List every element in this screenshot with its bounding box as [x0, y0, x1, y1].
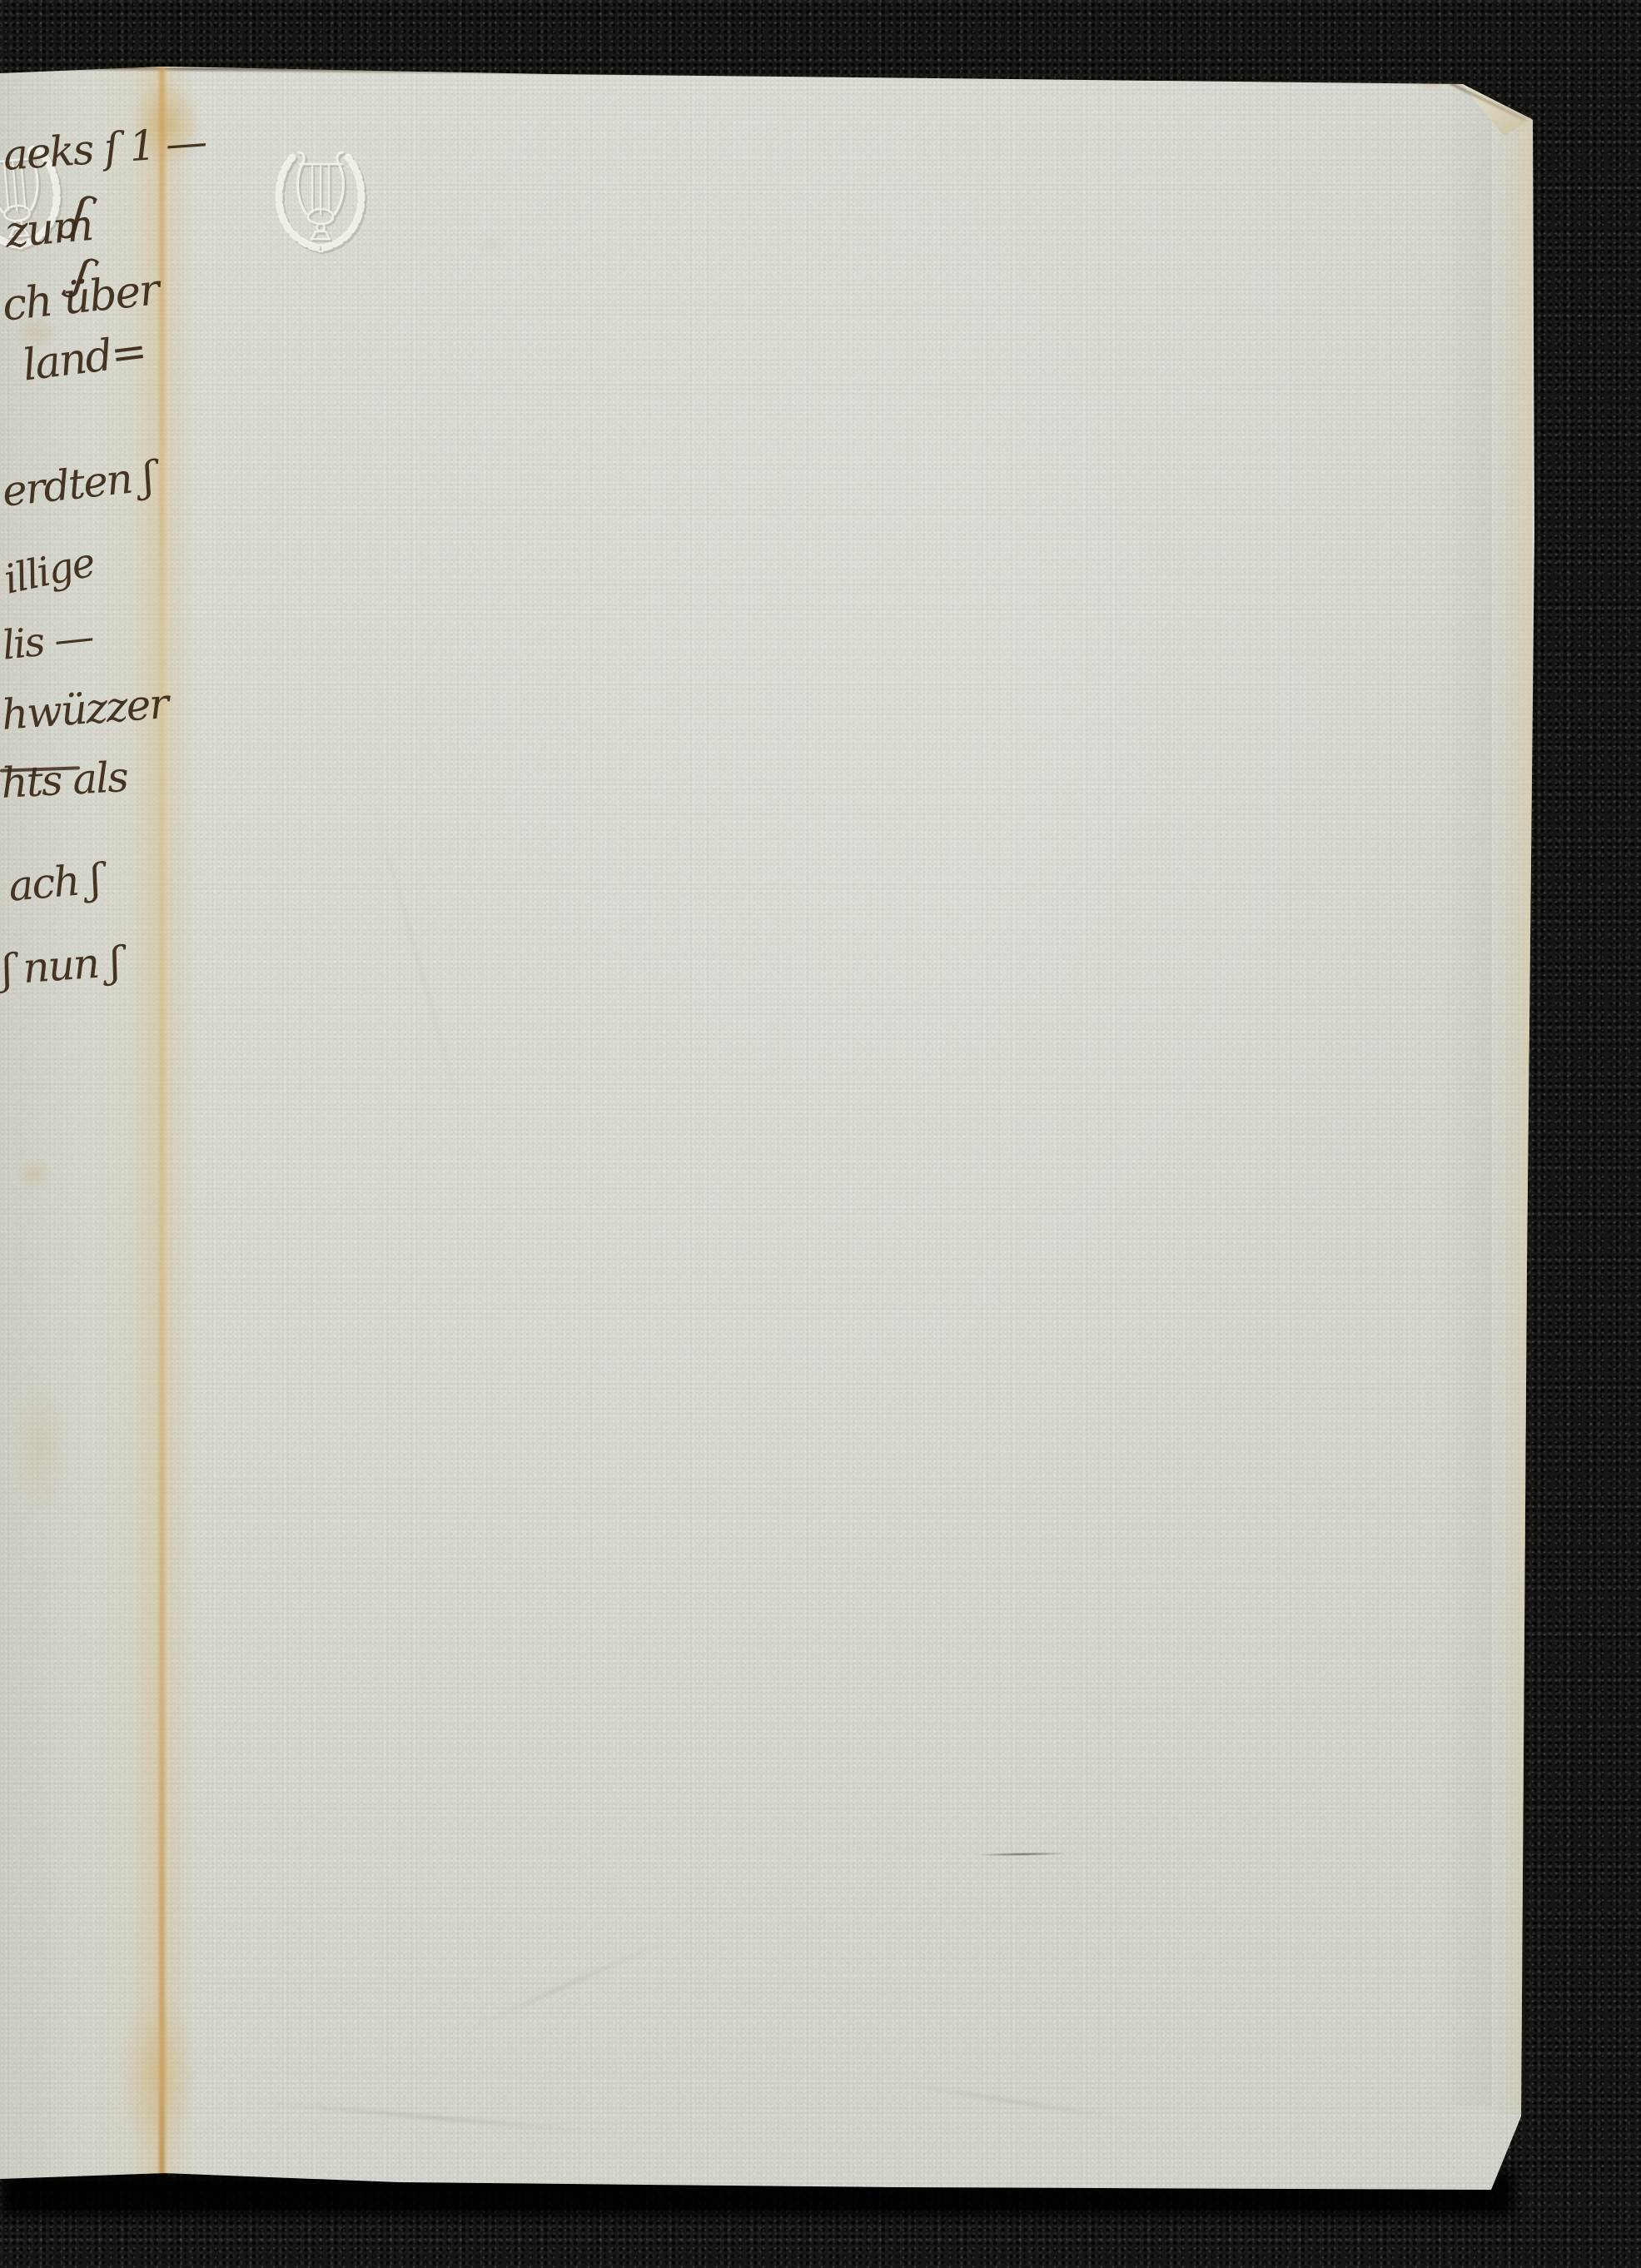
handwriting-fragment: lis — [0, 614, 95, 669]
manuscript-scan: aeks ſ 1 — ʃ zum ʃ ch über land= erdten … [0, 0, 1641, 2268]
handwriting-fragment: ach ʃ [7, 854, 102, 910]
paper-wrinkle [250, 2100, 607, 2134]
paper-wrinkle [888, 2080, 1143, 2123]
handwriting-fragment: zum [3, 201, 94, 258]
right-edge-tint [1489, 87, 1532, 2115]
paper-wrinkle [356, 750, 479, 1167]
blank-verso-page: aeks ſ 1 — ʃ zum ʃ ch über land= erdten … [0, 0, 1641, 2268]
lyre-wreath-embossed-seal-icon [265, 131, 373, 256]
scratch-mark [976, 1852, 1069, 1857]
paper-wrinkle [462, 1938, 669, 2032]
handwriting-fragment: ʃ nun ʃ [0, 938, 121, 994]
right-edge-shading [1439, 92, 1492, 2106]
handwriting-fragment: hts als [0, 753, 128, 808]
stain [466, 225, 516, 261]
binding-fold-crease [159, 67, 165, 2176]
page-top-edge [0, 67, 1540, 83]
